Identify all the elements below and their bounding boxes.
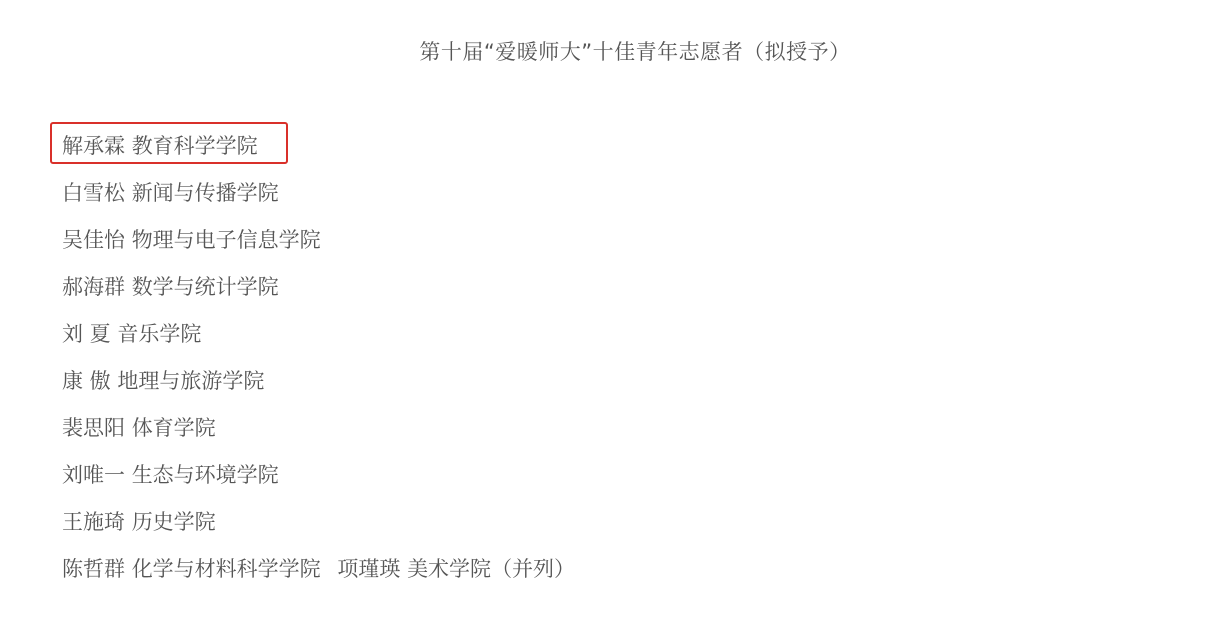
volunteer-college: 教育科学学院 [132,134,258,158]
volunteer-name: 解承霖 [62,134,125,158]
volunteer-list: 解承霖 教育科学学院 白雪松 新闻与传播学院 吴佳怡 物理与电子信息学院 郝海群… [62,126,575,596]
volunteer-college: 生态与环境学院 [132,463,279,487]
list-item: 裴思阳 体育学院 [62,408,575,455]
tie-note: （并列） [491,557,575,581]
volunteer-college: 化学与材料科学学院 [132,557,321,581]
volunteer-name: 吴佳怡 [62,228,125,252]
volunteer-college: 物理与电子信息学院 [132,228,321,252]
list-item: 王施琦 历史学院 [62,502,575,549]
list-item: 吴佳怡 物理与电子信息学院 [62,220,575,267]
list-item: 陈哲群 化学与材料科学学院 项瑾瑛 美术学院（并列） [62,549,575,596]
list-item: 解承霖 教育科学学院 [62,126,575,173]
list-item: 刘唯一 生态与环境学院 [62,455,575,502]
volunteer-name: 陈哲群 [62,557,125,581]
list-item: 郝海群 数学与统计学院 [62,267,575,314]
volunteer-name: 刘唯一 [62,463,125,487]
volunteer-college: 音乐学院 [117,322,201,346]
volunteer-name: 王施琦 [62,510,125,534]
volunteer-college-secondary: 美术学院 [407,557,491,581]
list-item: 刘 夏 音乐学院 [62,314,575,361]
volunteer-college: 新闻与传播学院 [132,181,279,205]
page-title: 第十届“爱暖师大”十佳青年志愿者（拟授予） [0,36,1224,68]
volunteer-college: 体育学院 [132,416,216,440]
volunteer-college: 历史学院 [132,510,216,534]
list-item: 白雪松 新闻与传播学院 [62,173,575,220]
volunteer-name: 康 傲 [62,369,111,393]
list-item: 康 傲 地理与旅游学院 [62,361,575,408]
volunteer-name: 刘 夏 [62,322,111,346]
volunteer-name: 郝海群 [62,275,125,299]
volunteer-name: 裴思阳 [62,416,125,440]
volunteer-name: 白雪松 [62,181,125,205]
volunteer-college: 地理与旅游学院 [117,369,264,393]
volunteer-college: 数学与统计学院 [132,275,279,299]
volunteer-name-secondary: 项瑾瑛 [337,557,400,581]
